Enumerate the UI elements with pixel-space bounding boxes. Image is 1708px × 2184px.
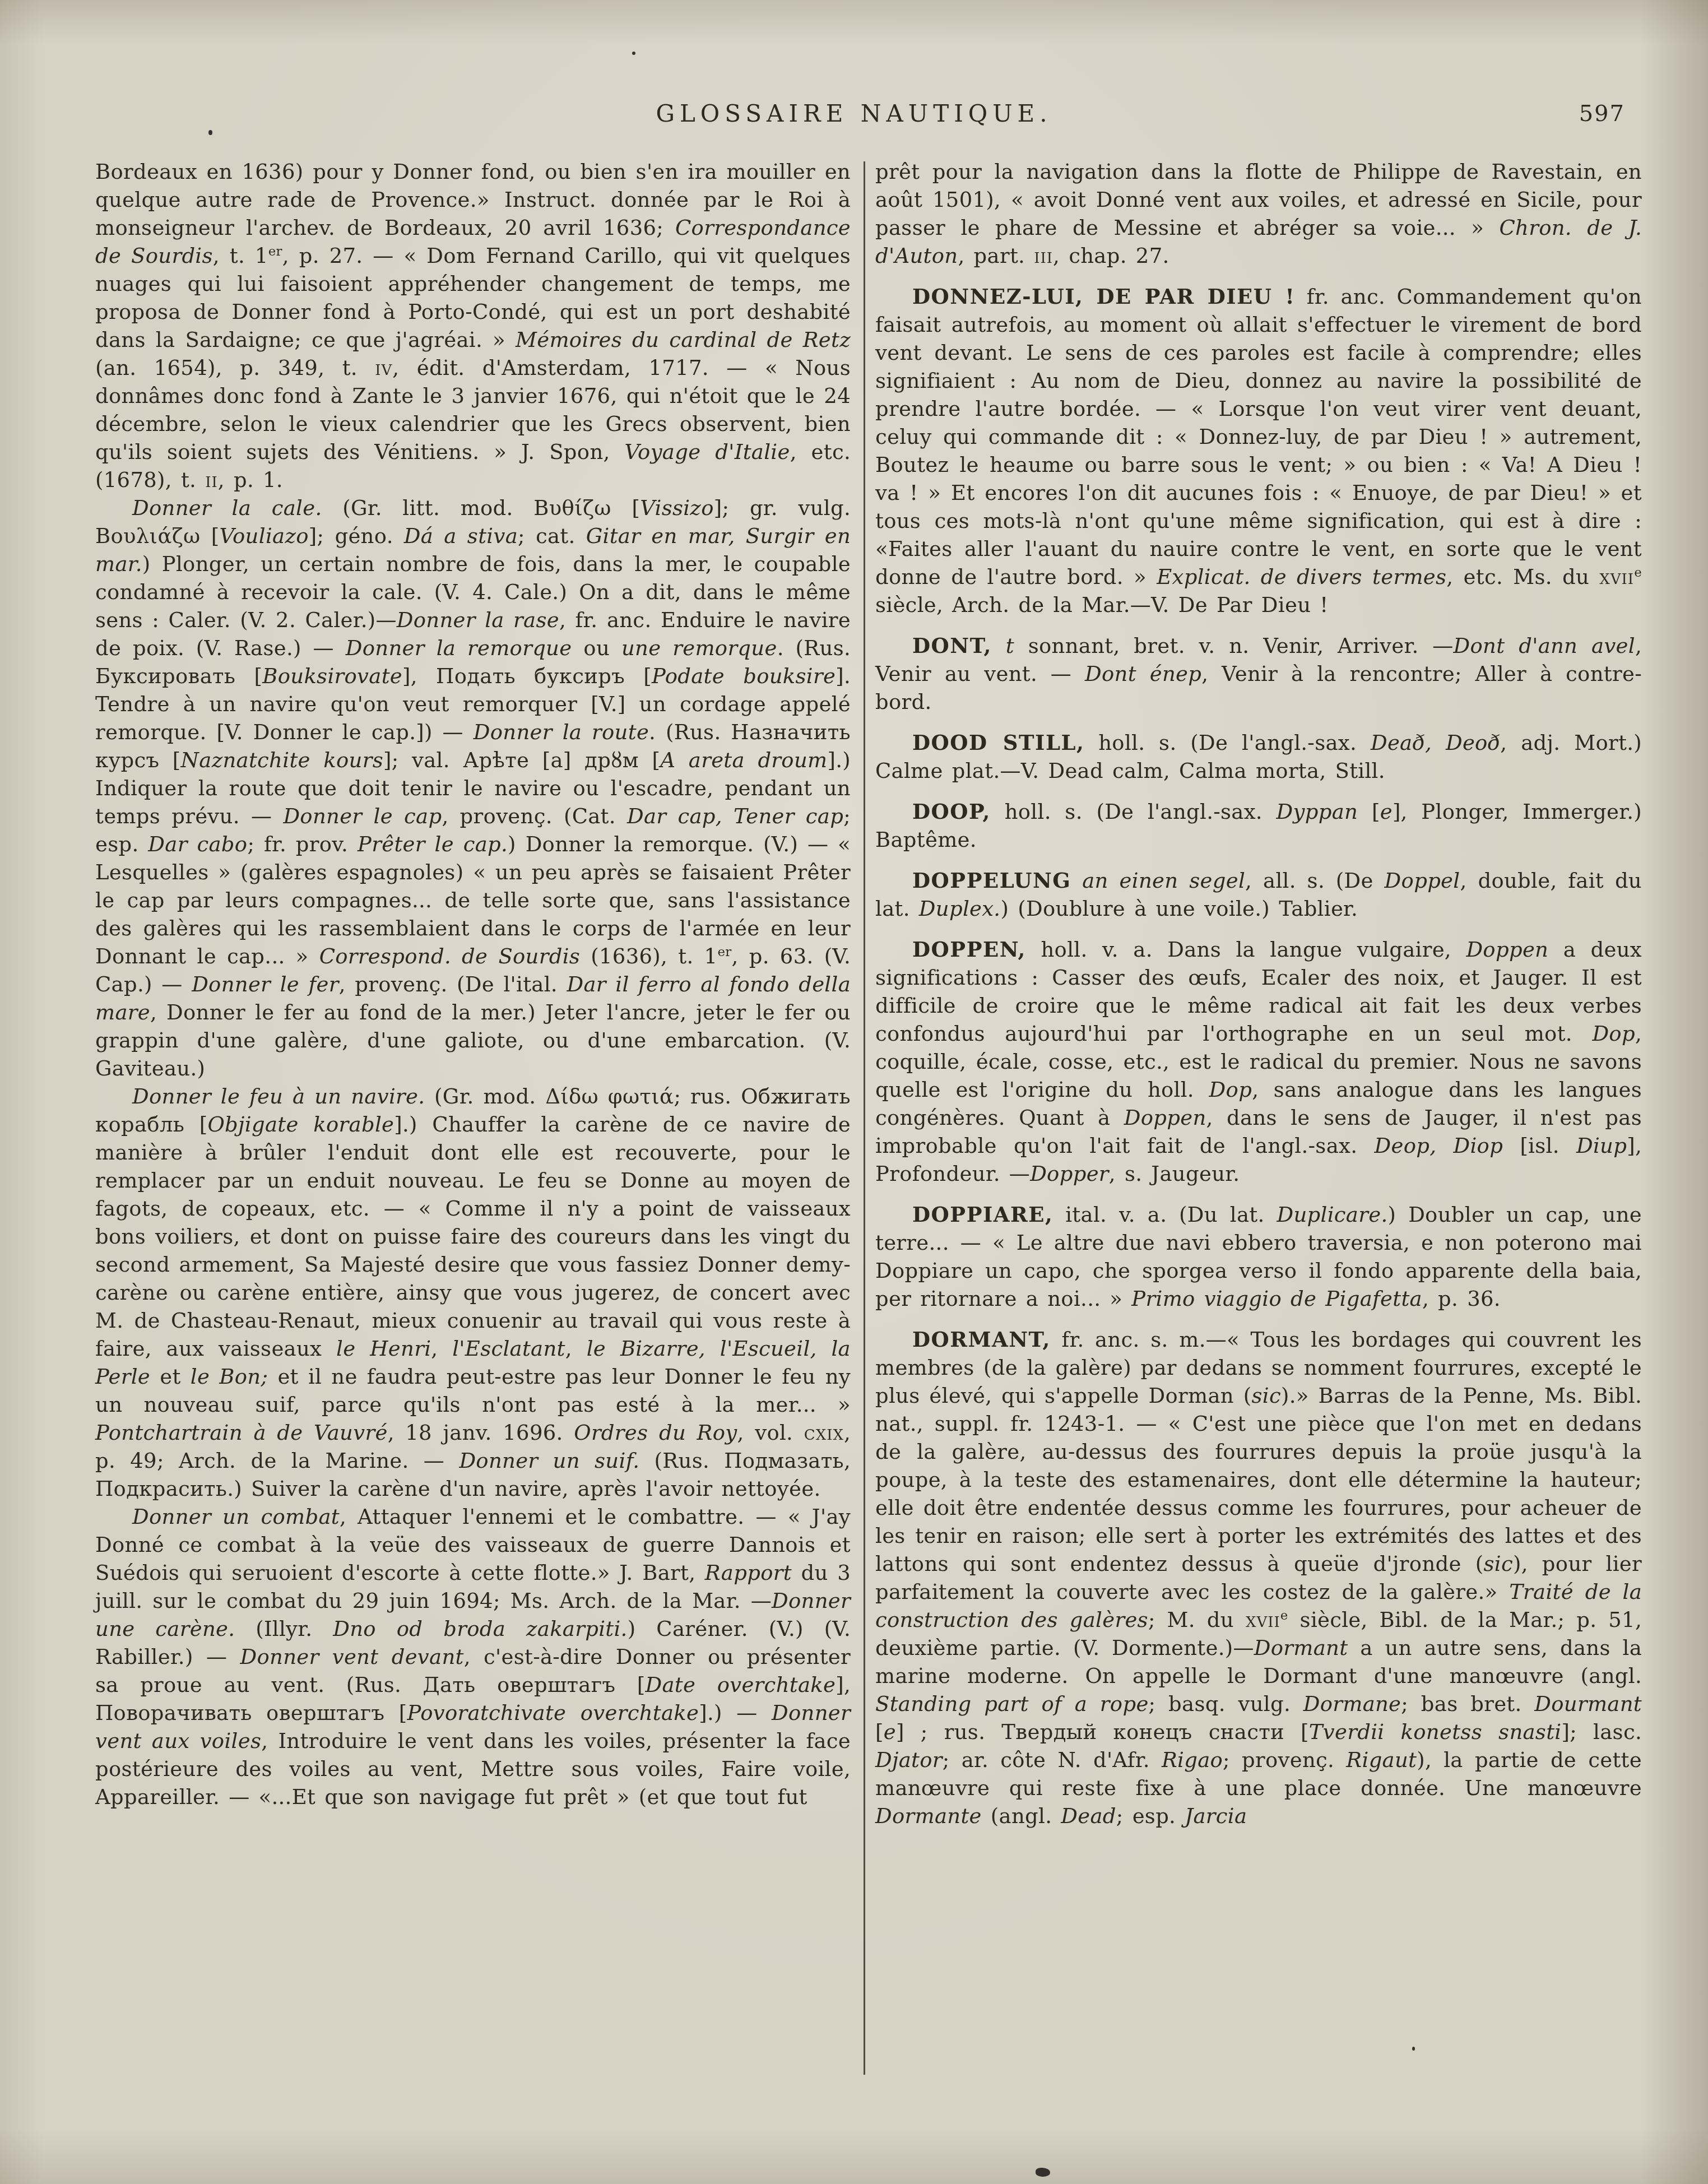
paragraph: Bordeaux en 1636) pour y Donner fond, ou… [95,158,851,494]
text-run: Explicat. de divers termes [1157,565,1446,589]
text-run: Dop [1209,1078,1252,1102]
text-run: Doppel [1385,869,1460,893]
text-run: xvii [1246,1608,1280,1632]
page-title: GLOSSAIRE NAUTIQUE. [656,100,1052,127]
text-run: cxix [804,1421,844,1445]
text-run: Doppen [1466,938,1548,962]
column-left: Bordeaux en 1636) pour y Donner fond, ou… [95,158,851,1811]
text-run: Dourmant [1534,1692,1642,1716]
text-run: Prêter le cap. [358,832,508,856]
text-run: ii [205,468,218,492]
text-run: Mémoires du cardinal de Retz [516,328,851,352]
text-run: Donner la route [474,720,649,744]
column-divider-rule [864,161,865,2075]
text-run: Diup [1576,1134,1627,1158]
text-run: Dont d'ann avel [1454,634,1635,658]
text-run: Correspondance de Sourdis [95,216,851,268]
paragraph: DOPPIARE, ital. v. a. (Du lat. Duplicare… [875,1200,1642,1313]
text-run: Donner le cap [283,804,442,828]
text-run: Doppen [1124,1106,1206,1130]
paragraph: Donner la cale. (Gr. litt. mod. Βυθίζω [… [95,494,851,1083]
paragraph: DOOD STILL, holl. s. (De l'angl.-sax. De… [875,729,1642,785]
paragraph: DONNEZ-LUI, DE PAR DIEU ! fr. anc. Comma… [875,282,1642,619]
text-run: Standing part of a rope [875,1692,1149,1716]
text-run: Donner vent devant [240,1645,463,1669]
text-run: Donner le feu à un navire. [132,1084,425,1109]
text-run: Dormant [1254,1636,1348,1660]
text-run: Dopper [1030,1162,1109,1186]
text-run: Rigao [1162,1748,1223,1772]
text-run: xvii [1599,565,1634,589]
running-head: GLOSSAIRE NAUTIQUE. 597 [0,100,1708,133]
text-run: DOOP, [912,799,991,824]
paragraph: DORMANT, fr. anc. s. m.—« Tous les borda… [875,1325,1642,1830]
text-run: e [1380,800,1393,824]
text-run: Povoratchivate overchtake [407,1701,699,1725]
text-run: er [268,244,282,259]
text-run: Tverdii konetss snasti [1309,1720,1562,1744]
text-run: Voyage d'Italie [624,440,790,464]
text-run: t [1006,634,1014,658]
text-run: Donner la cale. [132,496,322,520]
text-run: Djator [875,1748,943,1772]
text-run: Dormane [1303,1692,1401,1716]
text-run: DOOD STILL, [912,730,1084,755]
paragraph: DOOP, holl. s. (De l'angl.-sax. Dyppan [… [875,797,1642,854]
text-run: Vouliazo [219,524,308,548]
text-run: Chron. de J. d'Auton [875,216,1642,268]
text-run: Naznatchite kours [181,748,383,772]
ink-speck [1412,2047,1415,2051]
text-run: sic [1484,1552,1513,1576]
text-run: iv [375,356,392,380]
text-run: DONNEZ-LUI, DE PAR DIEU ! [912,284,1295,309]
text-run: Vissizo [640,496,714,520]
text-run: DONT, [912,633,992,658]
text-run: Date overchtake [645,1673,836,1697]
text-run: Jarcia [1185,1804,1247,1828]
text-run: DOPPIARE, [912,1202,1053,1227]
ink-speck [208,130,212,135]
page-number: 597 [1579,101,1625,127]
text-run: Bouksirovate [262,664,402,688]
text-run: Rapport [705,1561,792,1585]
text-run: an einen segel [1082,869,1245,893]
paragraph: Donner un combat, Attaquer l'ennemi et l… [95,1503,851,1811]
text-run: Primo viaggio de Pigafetta [1131,1287,1422,1311]
text-run: Duplex. [919,897,1001,921]
text-run: Dar cabo [148,832,247,856]
paragraph: prêt pour la navigation dans la flotte d… [875,158,1642,270]
text-run: Dá a stiva [404,524,518,548]
text-run: Dormante [875,1804,982,1828]
text-run: l'Esclatant [452,1337,565,1361]
text-run: DOPPEN, [912,937,1026,962]
text-run: Deop, Diop [1374,1134,1503,1158]
text-run: Rigaut [1346,1748,1417,1772]
text-run: Podate bouksire [652,664,836,688]
text-run: e [1634,565,1642,580]
text-run: Deað, Deoð [1371,731,1500,755]
text-run: Ordres du Roy [574,1421,737,1445]
text-run: une remorque [621,636,777,660]
text-run: Dop [1592,1022,1635,1046]
text-run: Dyppan [1277,800,1358,824]
text-run: Objigate korable [207,1112,394,1137]
text-run: Pontchartrain à de Vauvré [95,1421,388,1445]
ink-speck [1036,2168,1050,2177]
paragraph: DOPPEN, holl. v. a. Dans la langue vulga… [875,935,1642,1188]
text-run: Donner un suif. [459,1449,639,1473]
text-run: Donner le fer [192,972,339,996]
text-run: Donner un combat [132,1505,340,1529]
book-page-scan: GLOSSAIRE NAUTIQUE. 597 Bordeaux en 1636… [0,0,1708,2184]
text-run: e [884,1720,896,1744]
text-run: Donner la rase [397,608,559,632]
text-run: le Henri [336,1337,431,1361]
text-run: DORMANT, [912,1327,1051,1352]
text-run: le Bon; [191,1365,268,1389]
text-run: er [717,945,731,959]
paragraph: DOPPELUNG an einen segel, all. s. (De Do… [875,866,1642,923]
paragraph: DONT, t sonnant, bret. v. n. Venir, Arri… [875,632,1642,716]
text-run: sic [1251,1384,1280,1408]
paragraph: Donner le feu à un navire. (Gr. mod. Δίδ… [95,1083,851,1503]
text-run: Dont énep [1085,662,1201,686]
text-run: DOPPELUNG [912,868,1071,893]
text-run: Dno od broda zakarpiti. [333,1617,628,1641]
ink-speck [632,52,635,55]
column-right: prêt pour la navigation dans la flotte d… [875,158,1642,1830]
text-run: iii [1034,244,1053,268]
text-run: A areta droum [660,748,827,772]
text-run: Donner la remorque [346,636,572,660]
text-run: Correspond. de Sourdis [319,944,581,968]
text-run: Duplicare. [1277,1203,1388,1227]
text-run: Dead [1061,1804,1116,1828]
text-run: e [1280,1608,1288,1623]
text-run: Dar cap, Tener cap [627,804,843,828]
